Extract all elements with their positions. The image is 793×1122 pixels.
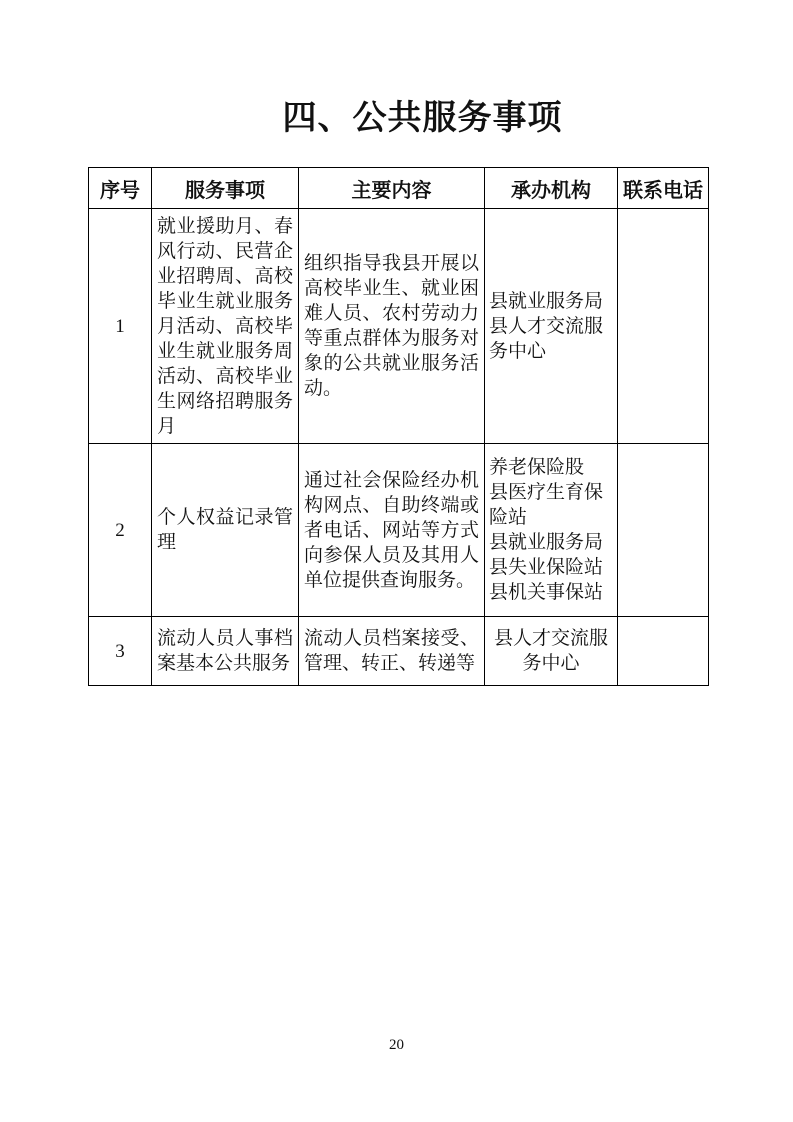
cell-index: 3 (89, 617, 152, 686)
cell-index: 1 (89, 209, 152, 444)
cell-agency: 养老保险股 县医疗生育保险站 县就业服务局 县失业保险站 县机关事保站 (485, 444, 618, 617)
page-title: 四、公共服务事项 (0, 90, 793, 139)
table-row: 2 个人权益记录管理 通过社会保险经办机构网点、自助终端或者电话、网站等方式向参… (89, 444, 709, 617)
public-service-items-table: 序号 服务事项 主要内容 承办机构 联系电话 1 就业援助月、春风行动、民营企业… (88, 167, 709, 686)
table-row: 1 就业援助月、春风行动、民营企业招聘周、高校毕业生就业服务月活动、高校毕业生就… (89, 209, 709, 444)
col-header-agency: 承办机构 (485, 168, 618, 209)
table-header-row: 序号 服务事项 主要内容 承办机构 联系电话 (89, 168, 709, 209)
cell-service: 就业援助月、春风行动、民营企业招聘周、高校毕业生就业服务月活动、高校毕业生就业服… (152, 209, 299, 444)
col-header-index: 序号 (89, 168, 152, 209)
cell-content: 组织指导我县开展以高校毕业生、就业困难人员、农村劳动力等重点群体为服务对象的公共… (299, 209, 485, 444)
table-row: 3 流动人员人事档案基本公共服务 流动人员档案接受、管理、转正、转递等 县人才交… (89, 617, 709, 686)
col-header-phone: 联系电话 (618, 168, 709, 209)
cell-service: 流动人员人事档案基本公共服务 (152, 617, 299, 686)
cell-content: 通过社会保险经办机构网点、自助终端或者电话、网站等方式向参保人员及其用人单位提供… (299, 444, 485, 617)
cell-agency: 县人才交流服务中心 (485, 617, 618, 686)
page-number: 20 (0, 1037, 793, 1054)
cell-index: 2 (89, 444, 152, 617)
cell-agency: 县就业服务局 县人才交流服务中心 (485, 209, 618, 444)
col-header-content: 主要内容 (299, 168, 485, 209)
cell-phone (618, 209, 709, 444)
cell-service: 个人权益记录管理 (152, 444, 299, 617)
cell-phone (618, 444, 709, 617)
col-header-service: 服务事项 (152, 168, 299, 209)
cell-content: 流动人员档案接受、管理、转正、转递等 (299, 617, 485, 686)
cell-phone (618, 617, 709, 686)
document-page: 四、公共服务事项 序号 服务事项 主要内容 承办机构 联系电话 1 就业援助月、… (0, 0, 793, 1122)
